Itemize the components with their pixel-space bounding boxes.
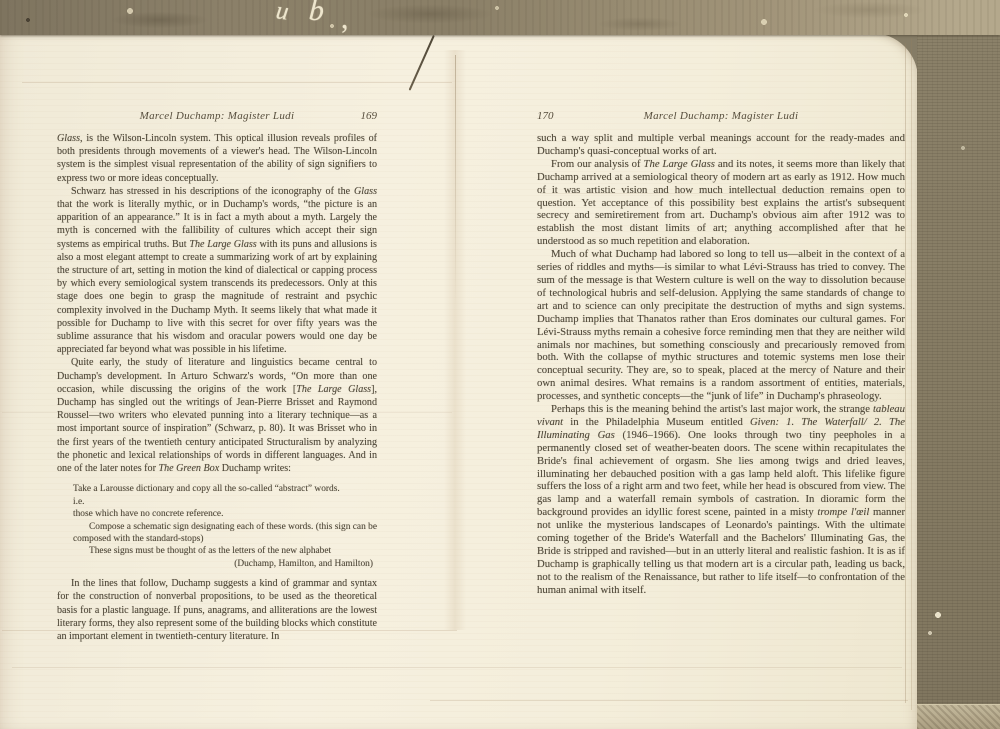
page-left: Marcel Duchamp: Magister Ludi 169 Glass,… [57,110,377,643]
blockquote-line: Compose a schematic sign designating eac… [73,521,377,546]
page-number-left: 169 [294,110,377,122]
page-left-header: Marcel Duchamp: Magister Ludi 169 [57,110,377,122]
book-cover-strip-bottom-edge [917,704,1000,729]
running-title-left: Marcel Duchamp: Magister Ludi [140,110,295,122]
blockquote-line: those which have no concrete reference. [73,508,377,520]
page-left-body-continued: In the lines that follow, Duchamp sugges… [57,577,377,643]
page-left-blockquote: Take a Larousse dictionary and copy all … [73,483,377,570]
running-title-right: Marcel Duchamp: Magister Ludi [644,110,799,122]
blockquote-line: Take a Larousse dictionary and copy all … [73,483,377,495]
scanned-book-spread: Marcel Duchamp: Magister Ludi 169 Glass,… [0,0,1000,729]
page-edge-line [905,43,906,703]
book-cover-strip [917,28,1000,706]
page-edge-line [911,38,912,710]
scan-streak [12,667,902,668]
blockquote-line: i.e. [73,496,377,508]
blockquote-line: (Duchamp, Hamilton, and Hamilton) [73,558,377,570]
page-right: 170 Marcel Duchamp: Magister Ludi such a… [537,110,905,597]
page-right-header: 170 Marcel Duchamp: Magister Ludi [537,110,905,122]
paragraph: Glass, is the Wilson-Lincoln system. Thi… [57,132,377,185]
copier-dark-band [0,0,1000,35]
blockquote-line: These signs must be thought of as the le… [73,545,377,557]
paragraph: Much of what Duchamp had labored so long… [537,248,905,403]
pen-mark: b [308,0,325,28]
paragraph: such a way split and multiple verbal mea… [537,132,905,158]
gutter-crease [455,55,456,305]
paragraph: Quite early, the study of literature and… [57,356,377,475]
scan-streak [430,700,908,701]
paragraph: Schwarz has stressed in his descriptions… [57,185,377,357]
paragraph: In the lines that follow, Duchamp sugges… [57,577,377,643]
scan-streak [22,82,452,83]
paragraph: From our analysis of The Large Glass and… [537,158,905,248]
paragraph: Perhaps this is the meaning behind the a… [537,403,905,597]
page-number-right: 170 [537,110,644,122]
page-right-body: such a way split and multiple verbal mea… [537,132,905,597]
page-left-body: Glass, is the Wilson-Lincoln system. Thi… [57,132,377,475]
